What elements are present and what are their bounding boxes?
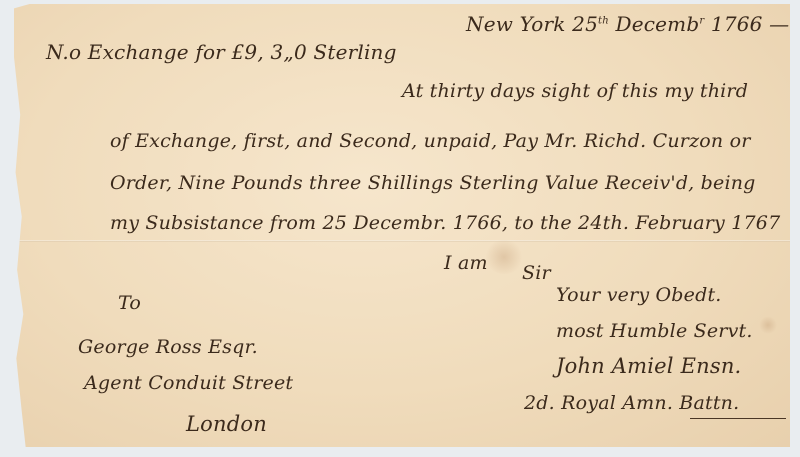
dateline: New York 25th Decembr 1766 — <box>466 12 789 36</box>
paper-stain <box>484 240 524 274</box>
body-line-3: Order, Nine Pounds three Shillings Sterl… <box>110 172 756 194</box>
dateline-day: 25 <box>572 12 598 36</box>
document-viewer: New York 25th Decembr 1766 — N.o Exchang… <box>0 0 800 457</box>
fold-line <box>14 240 790 242</box>
dateline-month-suffix: r <box>699 15 704 26</box>
address-to: To <box>118 292 141 314</box>
address-line-1: George Ross Esqr. <box>78 336 258 358</box>
closing-line-2: most Humble Servt. <box>556 320 753 342</box>
closing-salutation: Sir <box>522 262 551 284</box>
signature-underline <box>690 418 786 419</box>
dateline-year: 1766 — <box>711 12 789 36</box>
signature-rank: 2d. Royal Amn. Battn. <box>524 392 739 414</box>
closing-line-1: Your very Obedt. <box>556 284 722 306</box>
address-line-2: Agent Conduit Street <box>84 372 293 394</box>
closing-i-am: I am <box>444 252 488 274</box>
signature-name: John Amiel Ensn. <box>556 354 741 378</box>
paper-stain <box>759 316 777 334</box>
address-line-3: London <box>186 412 267 436</box>
dateline-day-suffix: th <box>598 15 609 26</box>
body-line-2: of Exchange, first, and Second, unpaid, … <box>110 130 751 152</box>
body-line-1: At thirty days sight of this my third <box>402 80 748 102</box>
dateline-month: Decemb <box>615 12 699 36</box>
dateline-place: New York <box>466 12 566 36</box>
body-line-4: my Subsistance from 25 Decembr. 1766, to… <box>110 212 780 234</box>
exchange-heading: N.o Exchange for £9, 3„0 Sterling <box>46 40 397 64</box>
